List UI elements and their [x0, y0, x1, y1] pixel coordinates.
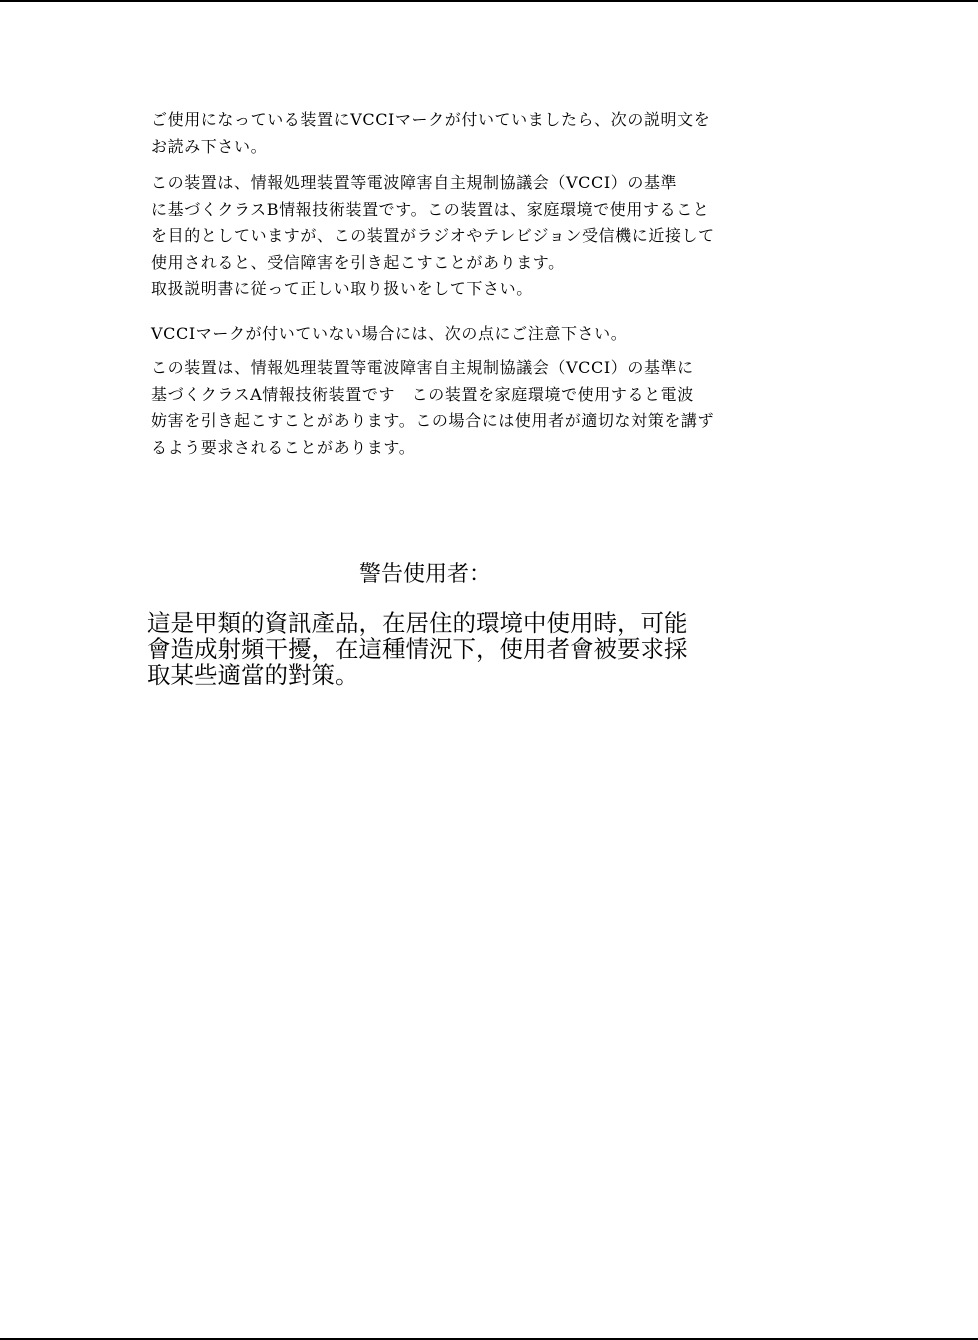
taiwan-warning-title: 警告使用者：	[359, 561, 491, 589]
class-b-line: に基づくクラスB情報技術装置です。この装置は、家庭環境で使用すること	[151, 197, 761, 224]
class-a-line: るよう要求されることがあります。	[151, 435, 761, 462]
taiwan-warning-line: 取某些適當的對策。	[147, 662, 707, 688]
class-a-line: この装置は、情報処理装置等電波障害自主規制協議会（VCCI）の基準に	[151, 355, 761, 382]
vcci-intro: ご使用になっている装置にVCCIマークが付いていましたら、次の説明文を お読み下…	[151, 107, 761, 160]
taiwan-warning-line: 會造成射頻干擾，在這種情況下，使用者會被要求採	[147, 636, 707, 662]
class-a-line: 基づくクラスA情報技術装置です この装置を家庭環境で使用すると電波	[151, 382, 761, 409]
no-mark-intro-line: VCCIマークが付いていない場合には、次の点にご注意下さい。	[151, 321, 761, 348]
taiwan-warning-line: 這是甲類的資訊產品，在居住的環境中使用時，可能	[147, 610, 707, 636]
vcci-no-mark-intro: VCCIマークが付いていない場合には、次の点にご注意下さい。	[151, 321, 761, 348]
vcci-intro-line: ご使用になっている装置にVCCIマークが付いていましたら、次の説明文を	[151, 107, 761, 134]
class-a-line: 妨害を引き起こすことがあります。この場合には使用者が適切な対策を講ず	[151, 408, 761, 435]
class-b-line: 取扱説明書に従って正しい取り扱いをして下さい。	[151, 276, 761, 303]
class-b-line: この装置は、情報処理装置等電波障害自主規制協議会（VCCI）の基準	[151, 170, 761, 197]
top-rule	[0, 0, 978, 2]
vcci-class-a-statement: この装置は、情報処理装置等電波障害自主規制協議会（VCCI）の基準に 基づくクラ…	[151, 355, 761, 461]
vcci-intro-line: お読み下さい。	[151, 134, 761, 161]
class-b-line: 使用されると、受信障害を引き起こすことがあります。	[151, 250, 761, 277]
vcci-class-b-statement: この装置は、情報処理装置等電波障害自主規制協議会（VCCI）の基準 に基づくクラ…	[151, 170, 761, 303]
class-b-line: を目的としていますが、この装置がラジオやテレビジョン受信機に近接して	[151, 223, 761, 250]
taiwan-warning-body: 這是甲類的資訊產品，在居住的環境中使用時，可能 會造成射頻干擾，在這種情況下，使…	[147, 610, 707, 688]
